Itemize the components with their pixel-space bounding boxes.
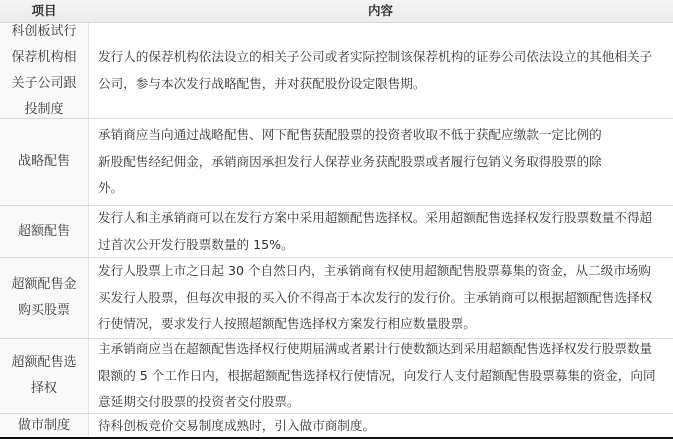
table-row: 超额配售金购买股票 发行人股票上市之日起 30 个自然日内，主承销商有权使用超额… — [0, 258, 673, 339]
row-content: 待科创板竞价交易制度成熟时，引入做市商制度。 — [98, 414, 663, 438]
row-item-label: 超额配售 — [0, 206, 89, 257]
row-content: 发行人和主承销商可以在发行方案中采用超额配售选择权。采用超额配售选择权发行股票数… — [98, 206, 663, 257]
row-content: 发行人的保荐机构依法设立的相关子公司或者实际控制该保荐机构的证券公司依法设立的其… — [98, 23, 663, 118]
table-row: 超额配售选择权 主承销商应当在超额配售选择权行使期届满或者累计行使数额达到采用超… — [0, 339, 673, 414]
row-item-label: 超额配售金购买股票 — [0, 258, 89, 338]
table-row: 超额配售 发行人和主承销商可以在发行方案中采用超额配售选择权。采用超额配售选择权… — [0, 206, 673, 258]
table-row: 做市制度 待科创板竞价交易制度成熟时，引入做市商制度。 — [0, 414, 673, 438]
table-row: 战略配售 承销商应当向通过战略配售、网下配售获配股票的投资者收取不低于获配应缴款… — [0, 119, 673, 206]
header-content: 内容 — [88, 0, 673, 22]
table-header: 项目 内容 — [0, 0, 673, 23]
row-item-label: 做市制度 — [0, 414, 89, 438]
row-content: 承销商应当向通过战略配售、网下配售获配股票的投资者收取不低于获配应缴款一定比例的… — [98, 119, 613, 205]
row-item-label: 超额配售选择权 — [0, 339, 89, 413]
row-item-label: 科创板试行保荐机构相关子公司跟投制度 — [0, 23, 89, 118]
table-row: 科创板试行保荐机构相关子公司跟投制度 发行人的保荐机构依法设立的相关子公司或者实… — [0, 23, 673, 119]
row-item-label: 战略配售 — [0, 119, 89, 205]
row-content: 发行人股票上市之日起 30 个自然日内，主承销商有权使用超额配售股票募集的资金，… — [98, 258, 663, 338]
row-content: 主承销商应当在超额配售选择权行使期届满或者累计行使数额达到采用超额配售选择权发行… — [98, 339, 663, 413]
